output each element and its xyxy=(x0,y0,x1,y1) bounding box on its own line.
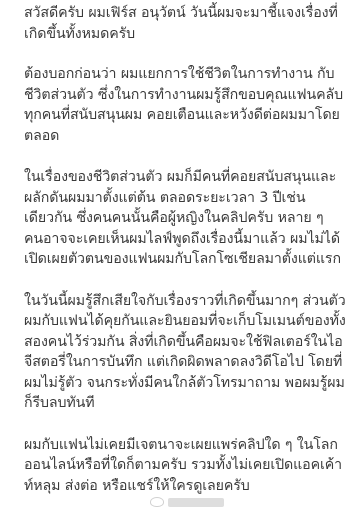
text-line: ผมไม่รู้ตัว จนกระทั่งมีคนใกล้ตัวโทรมาถาม… xyxy=(24,373,344,394)
text-line: ทุกคนที่สนับสนุนผม คอยเตือนและหวังดีต่อผ… xyxy=(24,105,344,126)
statement-document: สวัสดีครับ ผมเฟิร์ส อนุวัตน์ วันนี้ผมจะม… xyxy=(24,3,344,496)
paragraph-personal-life: ในเรื่องของชีวิตส่วนตัว ผมก็มีคนที่คอยสน… xyxy=(24,167,344,270)
paragraph-incident: ในวันนี้ผมรู้สึกเสียใจกับเรื่องราวที่เกิ… xyxy=(24,291,344,414)
text-line: เดียวกัน ซึ่งคนคนนั้นคือผู้หญิงในคลิปครั… xyxy=(24,208,344,229)
text-line: สองคนไว้ร่วมกัน สิ่งที่เกิดขึ้นคือผมจะใช… xyxy=(24,332,344,353)
text-line: ก็รีบลบทันที xyxy=(24,393,344,414)
watermark-obscured-text xyxy=(168,498,224,507)
text-line: ต้องบอกก่อนว่า ผมแยกการใช้ชีวิตในการทำงา… xyxy=(24,64,344,85)
paragraph-work-life: ต้องบอกก่อนว่า ผมแยกการใช้ชีวิตในการทำงา… xyxy=(24,64,344,146)
paragraph-greeting: สวัสดีครับ ผมเฟิร์ส อนุวัตน์ วันนี้ผมจะม… xyxy=(24,3,344,44)
text-line: ออนไลน์หรือที่ใดก็ตามครับ รวมทั้งไม่เคยเ… xyxy=(24,455,344,476)
text-line: สวัสดีครับ ผมเฟิร์ส อนุวัตน์ วันนี้ผมจะม… xyxy=(24,3,344,24)
text-line: ในวันนี้ผมรู้สึกเสียใจกับเรื่องราวที่เกิ… xyxy=(24,291,344,312)
text-line: ผมกับแฟนได้คุยกันและยินยอมที่จะเก็บโมเมน… xyxy=(24,311,344,332)
text-line: ในเรื่องของชีวิตส่วนตัว ผมก็มีคนที่คอยสน… xyxy=(24,167,344,188)
weibo-logo-icon xyxy=(150,497,164,507)
paragraph-no-intent: ผมกับแฟนไม่เคยมีเจตนาจะเผยแพร่คลิปใด ๆ ใ… xyxy=(24,435,344,497)
text-line: จีสตอรี่ในการบันทึก แต่เกิดผิดพลาดลงวิดี… xyxy=(24,352,344,373)
text-line: ตลอด xyxy=(24,126,344,147)
text-line: คนอาจจะเคยเห็นผมไลฟ์พูดถึงเรื่องนี้มาแล้… xyxy=(24,229,344,250)
text-line: เปิดเผยตัวตนของแฟนผมกับโลกโซเชียลมาตั้งแ… xyxy=(24,249,344,270)
text-line: ผลักดันผมมาตั้งแต่ต้น ตลอดระยะเวลา 3 ปีเ… xyxy=(24,188,344,209)
text-line: เกิดขึ้นทั้งหมดครับ xyxy=(24,24,344,45)
text-line: ผมกับแฟนไม่เคยมีเจตนาจะเผยแพร่คลิปใด ๆ ใ… xyxy=(24,435,344,456)
text-line: ชีวิตส่วนตัว ซึ่งในการทำงานผมรู้สึกขอบคุ… xyxy=(24,85,344,106)
weibo-watermark xyxy=(150,496,224,508)
text-line: ท์หลุม ส่งต่อ หรือแชร์ให้ใครดูเลยครับ xyxy=(24,476,344,497)
